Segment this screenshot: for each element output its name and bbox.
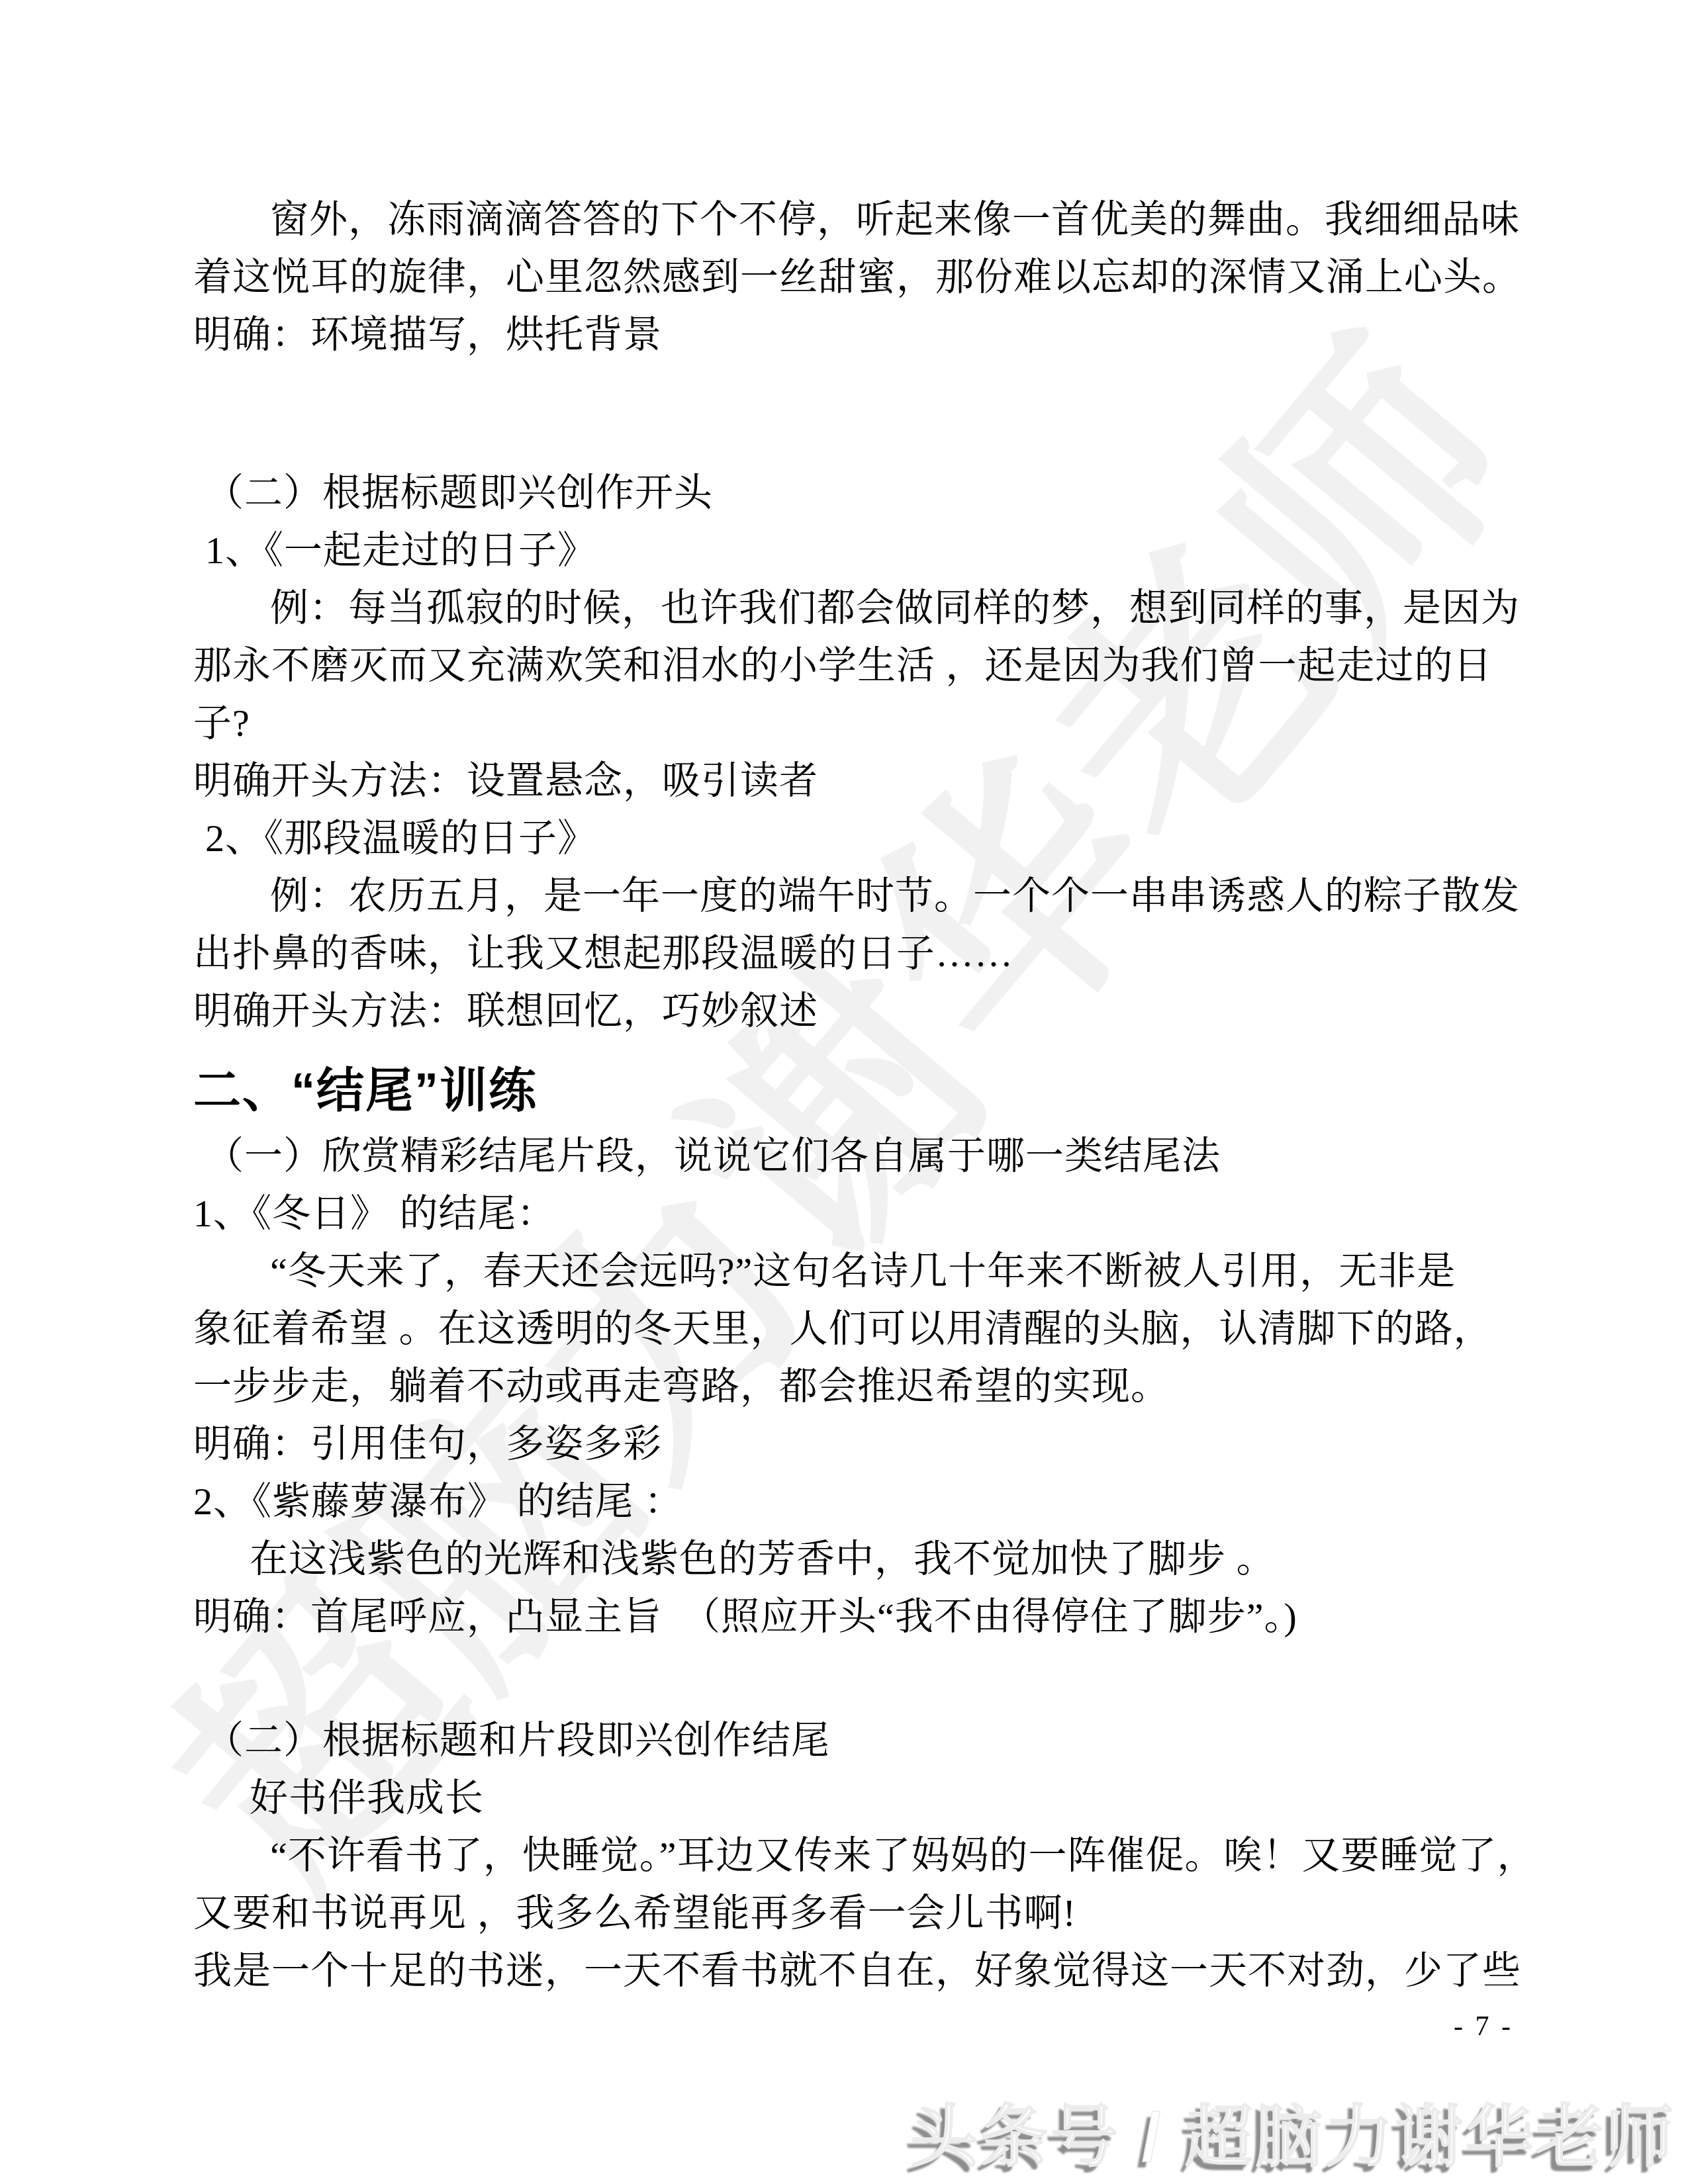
- opening-item1-title: 1、《一起走过的日子》: [193, 522, 1517, 579]
- opening-example-line-2: 着这悦耳的旋律，心里忽然感到一丝甜蜜，那份难以忘却的深情又涌上心头。: [193, 248, 1517, 306]
- ending-item1-note: 明确：引用佳句，多姿多彩: [193, 1415, 1517, 1473]
- ending-item2-title: 2、《紫藤萝瀑布》 的结尾 ：: [193, 1473, 1517, 1530]
- ending-item1-line-3: 一步步走，躺着不动或再走弯路，都会推迟希望的实现。: [193, 1357, 1517, 1415]
- ending-item1-title: 1、《冬日》 的结尾：: [193, 1185, 1517, 1242]
- ending-essay-line-2: 又要和书说再见 ，我多么希望能再多看一会儿书啊!: [193, 1884, 1517, 1942]
- opening-section-b-heading: （二）根据标题即兴创作开头: [193, 464, 1517, 522]
- ending-item2-line-1: 在这浅紫色的光辉和浅紫色的芳香中，我不觉加快了脚步 。: [193, 1530, 1517, 1588]
- page-number: - 7 -: [1454, 2011, 1513, 2042]
- ending-item2-note: 明确：首尾呼应，凸显主旨 （照应开头“我不由得停住了脚步”。): [193, 1588, 1517, 1645]
- ending-essay-line-1: “不许看书了，快睡觉。”耳边又传来了妈妈的一阵催促。唉！又要睡觉了，: [193, 1827, 1517, 1884]
- opening-item2-line-1: 例：农历五月，是一年一度的端午时节。一个个一串串诱惑人的粽子散发: [193, 867, 1517, 925]
- document-page: 超脑力谢华老师 窗外，冻雨滴滴答答的下个不停，听起来像一首优美的舞曲。我细细品味…: [0, 0, 1688, 2184]
- ending-essay-title: 好书伴我成长: [193, 1769, 1517, 1827]
- ending-section-b-heading: （二）根据标题和片段即兴创作结尾: [193, 1711, 1517, 1769]
- opening-item1-line-1: 例：每当孤寂的时候，也许我们都会做同样的梦，想到同样的事，是因为: [193, 579, 1517, 637]
- ending-item1-line-2: 象征着希望 。在这透明的冬天里，人们可以用清醒的头脑，认清脚下的路，: [193, 1300, 1517, 1357]
- document-content: 窗外，冻雨滴滴答答的下个不停，听起来像一首优美的舞曲。我细细品味 着这悦耳的旋律…: [0, 0, 1688, 1999]
- opening-item2-line-2: 出扑鼻的香味，让我又想起那段温暖的日子……: [193, 925, 1517, 982]
- opening-item1-line-3: 子?: [193, 694, 1517, 752]
- opening-item2-title: 2、《那段温暖的日子》: [193, 809, 1517, 867]
- opening-item1-line-2: 那永不磨灭而又充满欢笑和泪水的小学生活 ，还是因为我们曾一起走过的日: [193, 637, 1517, 694]
- ending-essay-line-3: 我是一个十足的书迷，一天不看书就不自在，好象觉得这一天不对劲，少了些: [193, 1942, 1517, 1999]
- opening-example-line-1: 窗外，冻雨滴滴答答的下个不停，听起来像一首优美的舞曲。我细细品味: [193, 191, 1517, 248]
- opening-item2-note: 明确开头方法：联想回忆，巧妙叙述: [193, 982, 1517, 1040]
- ending-item1-line-1: “冬天来了，春天还会远吗?”这句名诗几十年来不断被人引用，无非是: [193, 1242, 1517, 1300]
- ending-section-a-heading: （一）欣赏精彩结尾片段，说说它们各自属于哪一类结尾法: [193, 1127, 1517, 1185]
- footer-brand-watermark: 头条号 / 超脑力谢华老师: [910, 2083, 1676, 2180]
- opening-item1-note: 明确开头方法：设置悬念，吸引读者: [193, 752, 1517, 809]
- opening-example-note: 明确：环境描写，烘托背景: [193, 306, 1517, 363]
- ending-training-heading: 二、“结尾”训练: [193, 1054, 1517, 1127]
